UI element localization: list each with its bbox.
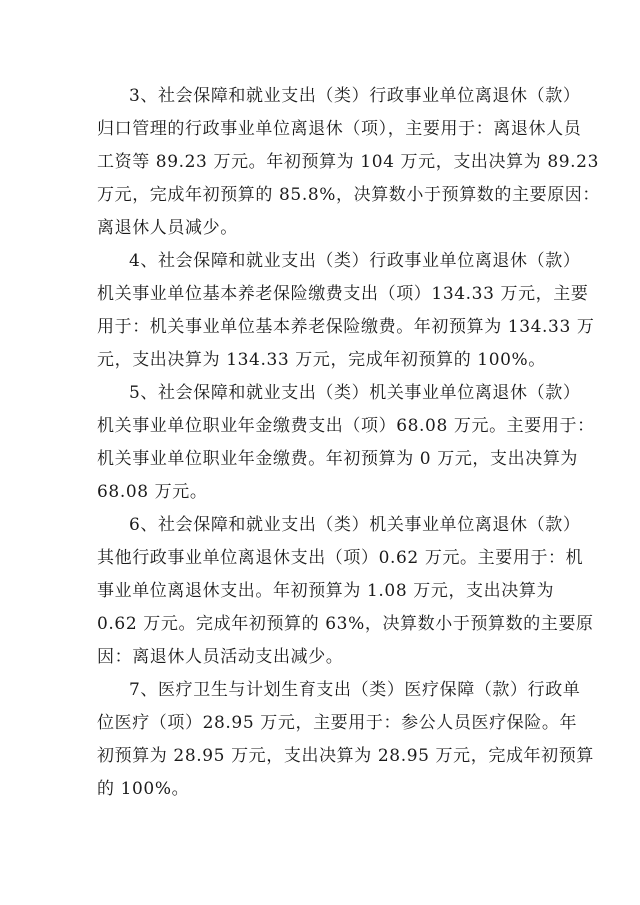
text-line: 机关事业单位职业年金缴费支出（项）68.08 万元。主要用于： [97, 410, 557, 443]
text-line: 元，支出决算为 134.33 万元，完成年初预算的 100%。 [97, 344, 557, 377]
paragraph-item-7: 7、医疗卫生与计划生育支出（类）医疗保障（款）行政单 位医疗（项）28.95 万… [97, 674, 557, 806]
text-line: 归口管理的行政事业单位离退休（项），主要用于：离退休人员 [97, 113, 557, 146]
text-line: 5、社会保障和就业支出（类）机关事业单位离退休（款） [97, 377, 557, 410]
paragraph-item-4: 4、社会保障和就业支出（类）行政事业单位离退休（款） 机关事业单位基本养老保险缴… [97, 245, 557, 377]
text-line: 其他行政事业单位离退休支出（项）0.62 万元。主要用于：机 [97, 542, 557, 575]
text-line: 因：离退休人员活动支出减少。 [97, 641, 557, 674]
text-line: 万元，完成年初预算的 85.8%，决算数小于预算数的主要原因： [97, 179, 557, 212]
text-line: 离退休人员减少。 [97, 212, 557, 245]
text-line: 4、社会保障和就业支出（类）行政事业单位离退休（款） [97, 245, 557, 278]
text-line: 机关事业单位职业年金缴费。年初预算为 0 万元，支出决算为 [97, 443, 557, 476]
text-line: 的 100%。 [97, 773, 557, 806]
paragraph-item-5: 5、社会保障和就业支出（类）机关事业单位离退休（款） 机关事业单位职业年金缴费支… [97, 377, 557, 509]
text-line: 7、医疗卫生与计划生育支出（类）医疗保障（款）行政单 [97, 674, 557, 707]
text-line: 0.62 万元。完成年初预算的 63%，决算数小于预算数的主要原 [97, 608, 557, 641]
text-line: 3、社会保障和就业支出（类）行政事业单位离退休（款） [97, 80, 557, 113]
paragraph-item-6: 6、社会保障和就业支出（类）机关事业单位离退休（款） 其他行政事业单位离退休支出… [97, 509, 557, 674]
text-line: 用于：机关事业单位基本养老保险缴费。年初预算为 134.33 万 [97, 311, 557, 344]
text-line: 位医疗（项）28.95 万元，主要用于：参公人员医疗保险。年 [97, 707, 557, 740]
text-line: 事业单位离退休支出。年初预算为 1.08 万元，支出决算为 [97, 575, 557, 608]
text-line: 机关事业单位基本养老保险缴费支出（项）134.33 万元，主要 [97, 278, 557, 311]
text-line: 68.08 万元。 [97, 476, 557, 509]
paragraph-item-3: 3、社会保障和就业支出（类）行政事业单位离退休（款） 归口管理的行政事业单位离退… [97, 80, 557, 245]
document-page: 3、社会保障和就业支出（类）行政事业单位离退休（款） 归口管理的行政事业单位离退… [97, 80, 557, 806]
text-line: 初预算为 28.95 万元，支出决算为 28.95 万元，完成年初预算 [97, 740, 557, 773]
text-line: 工资等 89.23 万元。年初预算为 104 万元，支出决算为 89.23 [97, 146, 557, 179]
text-line: 6、社会保障和就业支出（类）机关事业单位离退休（款） [97, 509, 557, 542]
